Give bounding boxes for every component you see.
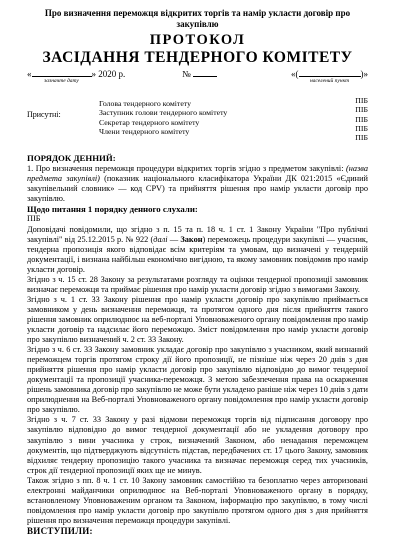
date-blank-field: зазначте дату — [32, 69, 92, 80]
place-blank-line — [299, 69, 361, 77]
number-blank-line — [193, 69, 217, 77]
document-subject: Про визначення переможця відкритих торгі… — [27, 8, 368, 30]
number-field-group: № — [157, 69, 272, 80]
attendee-name: ПІБ — [308, 133, 368, 142]
paragraph-art28: Згідно з ч. 15 ст. 28 Закону за результа… — [27, 275, 368, 295]
place-blank-field: населений пункт — [299, 69, 361, 80]
date-number-place-row: «зазначте дату» 2020 р. № «(населений пу… — [27, 69, 368, 89]
spoke-heading: ВИСТУПИЛИ: — [27, 526, 368, 537]
paragraph-art33-p7: Згідно з ч. 7 ст. 33 Закону у разі відмо… — [27, 415, 368, 475]
attendees-names: ПІБ ПІБ ПІБ ПІБ ПІБ — [308, 96, 368, 142]
date-field-group: «зазначте дату» 2020 р. — [27, 69, 157, 80]
dali-italic: далі — [153, 235, 167, 244]
year-label: 2020 р. — [98, 69, 125, 79]
attendee-name: ПІБ — [308, 105, 368, 114]
document-title: ПРОТОКОЛ — [27, 32, 368, 49]
attendees-block: Присутні: Голова тендерного комітету Зас… — [27, 96, 368, 142]
attendee-name: ПІБ — [308, 124, 368, 133]
date-blank-line — [32, 69, 92, 77]
speaker-name: ПІБ — [27, 214, 368, 224]
text-run: 1. Про визначення переможця процедури ві… — [27, 164, 346, 173]
place-hint-label: населений пункт — [310, 78, 349, 84]
zakon-bold: Закон — [180, 235, 202, 244]
heard-heading: Щодо питання 1 порядку денного слухали: — [27, 204, 368, 214]
protocol-document: Про визначення переможця відкритих торгі… — [0, 0, 393, 540]
paragraph-art10: Також згідно з пп. 8 ч. 1 ст. 10 Закону … — [27, 476, 368, 526]
attendees-label: Присутні: — [27, 96, 99, 142]
attendee-name: ПІБ — [308, 115, 368, 124]
place-field-group: «(населений пункт)» — [272, 69, 368, 80]
attendee-name: ПІБ — [308, 96, 368, 105]
text-run: — — [168, 235, 181, 244]
close-quote: » — [92, 69, 97, 79]
paragraph-reporters: Доповідачі повідомили, що згідно з п. 15… — [27, 225, 368, 275]
place-close-quote: )» — [361, 69, 369, 79]
role-deputy-head: Заступник голови тендерного комітету — [99, 108, 308, 117]
role-head: Голова тендерного комітету — [99, 99, 308, 108]
role-members: Члени тендерного комітету — [99, 127, 308, 136]
paragraph-art33-p1: Згідно з ч. 1 ст. 33 Закону рішення про … — [27, 295, 368, 345]
paragraph-art33-p6: Згідно з ч. 6 ст. 33 Закону замовник укл… — [27, 345, 368, 415]
document-subtitle: ЗАСІДАННЯ ТЕНДЕРНОГО КОМІТЕТУ — [27, 49, 368, 67]
attendees-roles: Голова тендерного комітету Заступник гол… — [99, 96, 308, 142]
number-label: № — [182, 69, 191, 79]
date-hint-label: зазначте дату — [44, 78, 79, 84]
place-open-quote: «( — [291, 69, 299, 79]
agenda-heading: ПОРЯДОК ДЕННИЙ: — [27, 153, 368, 163]
agenda-item-1: 1. Про визначення переможця процедури ві… — [27, 164, 368, 204]
role-secretary: Секретар тендерного комітету — [99, 118, 308, 127]
document-body: ПОРЯДОК ДЕННИЙ: 1. Про визначення перемо… — [27, 153, 368, 536]
